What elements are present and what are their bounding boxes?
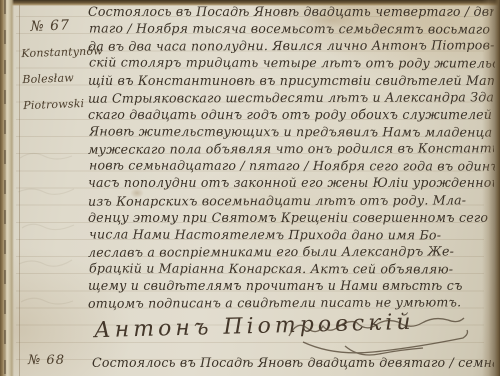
record-line: леславъ а воспрiемниками его были Алекса… — [88, 242, 494, 261]
page-top-edge — [0, 0, 500, 6]
record-line: часъ пополудни отъ законной его жены Юлi… — [88, 174, 494, 191]
binding-edge — [0, 0, 14, 376]
next-record-opening-line: Состоялось въ Посадѣ Яновѣ двадцать девя… — [92, 355, 494, 370]
record-text: Состоялось въ Посадѣ Яновѣ двадцать четв… — [88, 3, 494, 312]
record-line: щему и свидѣтелямъ прочитанъ и Нами вмѣс… — [88, 277, 494, 294]
margin-column: № 67 Konstantynów Bolesław Piotrowski — [20, 15, 90, 125]
next-record-number: № 68 — [28, 353, 65, 368]
record-line: новѣ семьнадцатаго / пятаго / Ноября сег… — [89, 157, 495, 175]
record-line: денцу этому при Святомъ Крещенiи соверше… — [88, 209, 494, 226]
record-line: таго / Ноября тысяча восемьсотъ семьдеся… — [89, 20, 495, 38]
record-line: ша Стрыяковскаго шестьдесяти лѣтъ и Алек… — [88, 88, 494, 107]
register-page-scan: № 67 Konstantynów Bolesław Piotrowski Со… — [0, 0, 500, 376]
ink-showthrough — [16, 140, 80, 330]
margin-child-surname: Piotrowski — [23, 97, 89, 112]
record-line: мужескаго пола объявляя что онъ родился … — [88, 139, 494, 158]
gutter-shadow — [482, 0, 500, 376]
record-line: да въ два часа пополудни. Явился лично А… — [88, 37, 494, 56]
record-number: № 67 — [30, 17, 87, 35]
record-line: изъ Конарскихъ восемьнадцати лѣтъ отъ ро… — [88, 191, 494, 210]
record-line: щiй въ Константиновѣ въ присутствiи свид… — [88, 72, 494, 89]
record-line: скiй столяръ тридцать четыре лѣтъ отъ ро… — [89, 54, 495, 72]
record-line: Яновѣ жительствующихъ и предъявилъ Намъ … — [89, 122, 495, 140]
margin-child-given-name: Bolesław — [22, 71, 88, 86]
record-line: брацкiй и Марiанна Конарская. Актъ сей о… — [89, 260, 495, 278]
record-line: числа Нами Настоятелемъ Прихода дано имя… — [89, 225, 495, 243]
record-line: скаго двадцать одинъ годъ отъ роду обоих… — [88, 106, 494, 123]
margin-place-name: Konstantynów — [21, 45, 87, 60]
record-line: отцомъ подписанъ а свидѣтели писать не у… — [88, 294, 494, 313]
